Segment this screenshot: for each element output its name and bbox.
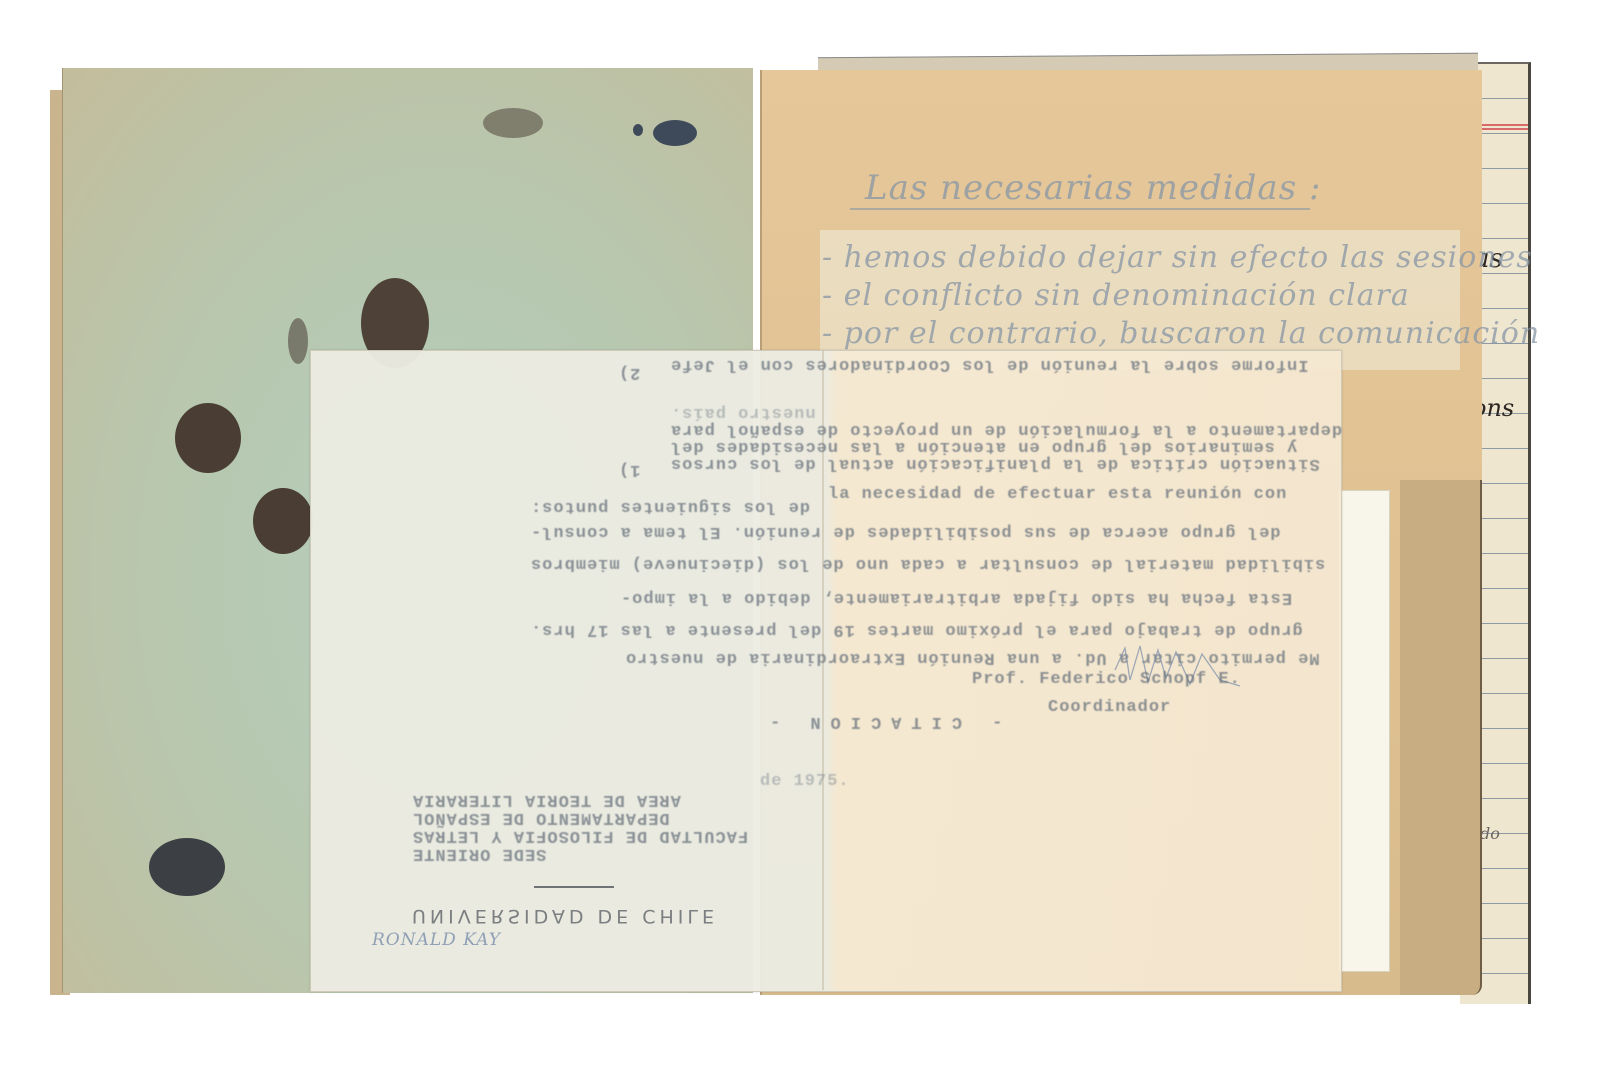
letter-text-mirrored: Informe sobre la reunión de los Coordina… [670, 355, 1309, 374]
list-marker: 2) [618, 363, 640, 382]
pencil-note-line: - el conflicto sin denominación clara [822, 278, 1410, 313]
letter-line: Situación crítica de la planificación ac… [670, 454, 1320, 473]
ink-blot [653, 120, 697, 146]
letter-line: Esta fecha ha sido fijada arbitrariament… [620, 588, 1292, 607]
ink-blot [633, 124, 643, 136]
pencil-note-line: - hemos debido dejar sin efecto las sesi… [822, 240, 1533, 275]
ledger-handwriting: do [1480, 824, 1500, 843]
pencil-note-line: - por el contrario, buscaron la comunica… [822, 316, 1540, 351]
ink-blot [175, 403, 241, 473]
letterhead-line: DEPARTAMENTO DE ESPAÑOL [412, 808, 670, 827]
signatory-title: Coordinador [1048, 698, 1171, 717]
letter-line: del grupo acerca de sus posibilidades de… [530, 522, 1281, 541]
pencil-underline [850, 208, 1310, 210]
fingerprint-smudge [483, 108, 543, 138]
institution-name: UNIVERSIDAD DE CHILE [412, 905, 718, 927]
letter-line: sibilidad material de consultar a cada u… [530, 554, 1325, 573]
letter-date: de 1975. [760, 772, 850, 791]
ink-smudge [288, 318, 308, 364]
letterhead-line: AREA DE TEORIA LITERARIA [412, 790, 681, 809]
ink-blot [149, 838, 225, 896]
pencil-note-heading: Las necesarias medidas : [865, 168, 1321, 208]
manila-folder-fold [1400, 480, 1482, 995]
letter-line: de los siguientes puntos: [530, 497, 810, 516]
letterhead-line: SEDE ORIENTE [412, 844, 546, 863]
signatory-name: Prof. Federico Schopf E. [972, 670, 1241, 689]
letterhead-line: FACULTAD DE FILOSOFIA Y LETRAS [412, 826, 748, 845]
list-marker: 1) [618, 460, 640, 479]
ink-blot [253, 488, 313, 554]
handwritten-name: RONALD KAY [372, 930, 501, 950]
letter-line-reverse: la necesidad de efectuar esta reunión co… [828, 485, 1287, 504]
letterhead-rule [534, 886, 614, 888]
white-paper-slip [1338, 490, 1390, 972]
letter-salutation: - CITACION - [760, 712, 1002, 731]
letter-line: Informe sobre la reunión de los Coordina… [670, 355, 1309, 374]
letter-line: grupo de trabajo para el próximo martes … [530, 620, 1303, 639]
